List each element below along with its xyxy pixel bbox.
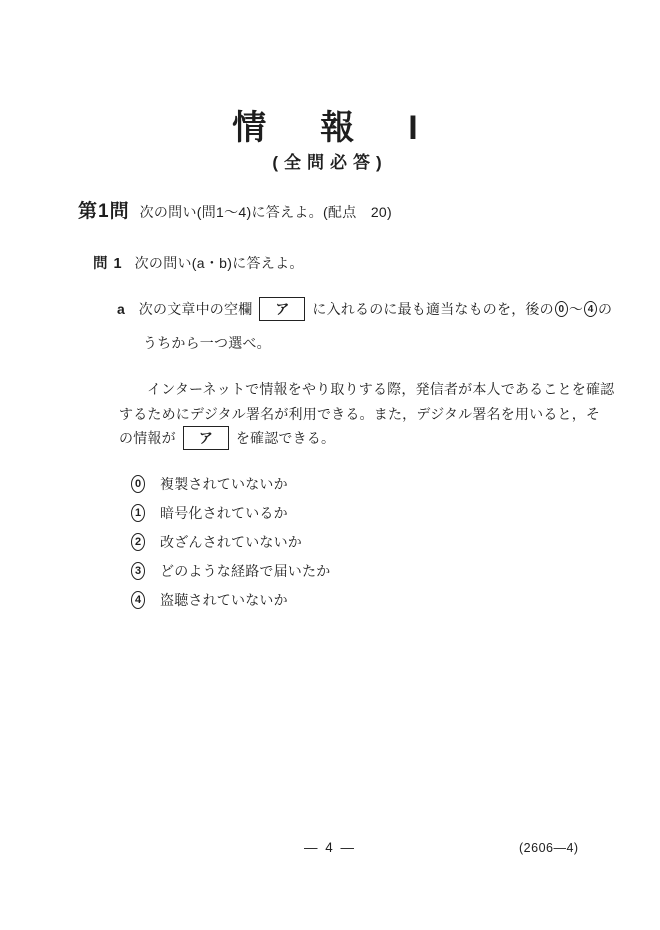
passage-line-1: インターネットで情報をやり取りする際，発信者が本人であることを確認 (147, 379, 614, 399)
sub-a-text-after-range: の (598, 299, 612, 319)
range-tilde: ～ (569, 299, 583, 319)
sub-question-a-line2: うちから一つ選べ。 (143, 333, 271, 353)
sub-question-a-line1: a 次の文章中の空欄 ア に入れるのに最も適当なものを，後の 0 ～ 4 の (117, 296, 612, 322)
circled-digit-4: 4 (131, 591, 145, 609)
question-1: 問 1 次の問い(a・b)に答えよ。 (93, 252, 304, 273)
circled-digit-range-from: 0 (555, 301, 568, 317)
option-row-4: 4 盗聴されていないか (131, 590, 330, 610)
exam-subtitle: (全問必答) (0, 148, 660, 173)
option-row-0: 0 複製されていないか (131, 474, 330, 494)
question-label: 問 1 (93, 252, 123, 273)
passage-line3-after-box: を確認できる。 (236, 428, 335, 448)
question-text: 次の問い(a・b)に答えよ。 (135, 253, 304, 273)
option-list: 0 複製されていないか 1 暗号化されているか 2 改ざんされていないか 3 ど… (131, 474, 330, 610)
footer-doc-code: (2606—4) (519, 841, 579, 855)
circled-digit-1: 1 (131, 504, 145, 522)
option-row-3: 3 どのような経路で届いたか (131, 561, 330, 581)
option-text-0: 複製されていないか (160, 474, 288, 494)
section-text: 次の問い(問1～4)に答えよ。(配点 20) (140, 202, 392, 222)
passage-line-2: するためにデジタル署名が利用できる。また，デジタル署名を用いると，そ (119, 404, 600, 424)
option-row-2: 2 改ざんされていないか (131, 532, 330, 552)
option-text-3: どのような経路で届いたか (160, 561, 330, 581)
answer-box-a: ア (259, 297, 305, 321)
exam-title: 情 報 I (0, 100, 660, 149)
passage-line3-before-box: の情報が (119, 428, 176, 448)
option-text-1: 暗号化されているか (160, 503, 288, 523)
section-heading: 第1問 次の問い(問1～4)に答えよ。(配点 20) (78, 196, 392, 223)
sub-question-a-label: a (117, 301, 125, 317)
circled-digit-0: 0 (131, 475, 145, 493)
sub-a-text-after-box: に入れるのに最も適当なものを，後の (312, 299, 553, 319)
circled-digit-3: 3 (131, 562, 145, 580)
section-number: 第1問 (78, 196, 130, 223)
circled-digit-range-to: 4 (584, 301, 597, 317)
exam-page: 情 報 I (全問必答) 第1問 次の問い(問1～4)に答えよ。(配点 20) … (0, 0, 660, 930)
circled-digit-2: 2 (131, 533, 145, 551)
sub-a-text-before-box: 次の文章中の空欄 (139, 299, 253, 319)
option-row-1: 1 暗号化されているか (131, 503, 330, 523)
option-text-4: 盗聴されていないか (160, 590, 288, 610)
answer-box-a-passage: ア (183, 426, 229, 450)
passage-line-3: の情報が ア を確認できる。 (119, 425, 335, 451)
option-text-2: 改ざんされていないか (160, 532, 302, 552)
